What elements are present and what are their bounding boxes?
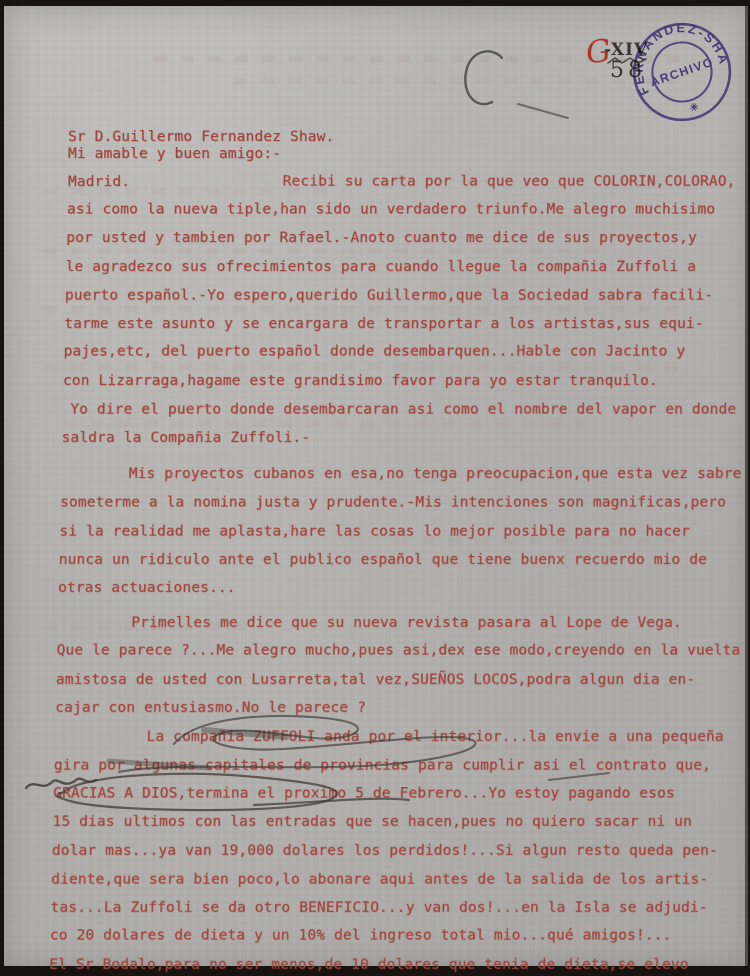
- letter-line: pajes,etc, del puerto español donde dese…: [63, 338, 750, 367]
- letter-body: Recibi su carta por la que veo que COLOR…: [49, 167, 750, 976]
- letter-line: cajar con entusiasmo.No le parece ?: [55, 694, 746, 723]
- letter-line: por usted y tambien por Rafael.-Anoto cu…: [66, 224, 750, 253]
- svg-text:FERNANDEZ-SHAW: FERNANDEZ-SHAW: [611, 1, 734, 103]
- letter-line: diente,que sera bien poco,lo abonare aqu…: [51, 866, 742, 895]
- pencil-c-mark: C: [456, 46, 586, 126]
- letter-line: GRACIAS A DIOS,termina el proximo 5 de F…: [53, 779, 744, 808]
- salutation: Mi amable y buen amigo:-: [68, 146, 281, 162]
- scanned-letter: G -XIV 58 FERNANDEZ-SHAW ARCHIVO ✳ C: [0, 0, 750, 976]
- letter-line: otras actuaciones...: [58, 574, 749, 603]
- letter-line: tarme este asunto y se encargara de tran…: [64, 310, 750, 339]
- scan-edge-shadow: [745, 6, 748, 966]
- letter-paper: G -XIV 58 FERNANDEZ-SHAW ARCHIVO ✳ C: [4, 6, 748, 966]
- letter-line: nunca un ridiculo ante el publico españo…: [58, 546, 749, 575]
- letter-line: El Sr Bodalo,para no ser menos,de 10 dol…: [49, 951, 740, 976]
- letter-line: 15 dias ultimos con las entradas que se …: [52, 808, 743, 837]
- letter-line: Mis proyectos cubanos en esa,no tenga pr…: [128, 460, 750, 489]
- letter-line: si la realidad me aplasta,hare las cosas…: [59, 518, 750, 547]
- letter-line: puerto español.-Yo espero,querido Guille…: [65, 282, 750, 311]
- letter-line: amistosa de usted con Lusarreta,tal vez,…: [56, 666, 747, 695]
- letter-line: dolar mas...ya van 19,000 dolares los pe…: [52, 837, 743, 866]
- recipient-name: Sr D.Guillermo Fernandez Shaw.: [68, 130, 334, 145]
- letter-line: someterme a la nomina justa y prudente.-…: [60, 488, 750, 517]
- letter-line: Primelles me dice que su nueva revista p…: [131, 609, 748, 638]
- letter-line: co 20 dolares de dieta y un 10% del ingr…: [50, 922, 741, 951]
- letter-line: con Lizarraga,hagame este grandisimo fav…: [63, 367, 750, 396]
- letter-line: La compañia ZUFFOLI anda por el interior…: [146, 723, 745, 752]
- letter-line: le agradezco sus ofrecimientos para cuan…: [65, 253, 750, 282]
- stamp-center-text: ARCHIVO: [648, 55, 715, 90]
- stamp-symbol-icon: ✳: [689, 101, 701, 114]
- letter-line: saldra la Compañia Zuffoli.-: [61, 424, 750, 453]
- letter-line: gira por algunas capitales de provincias…: [54, 752, 745, 781]
- letter-line: Yo dire el puerto donde desembarcaran as…: [70, 396, 750, 425]
- letter-line: tas...La Zuffoli se da otro BENEFICIO...…: [50, 894, 741, 923]
- letter-line: asi como la nueva tiple,han sido un verd…: [67, 195, 750, 224]
- letter-line: Recibi su carta por la que veo que COLOR…: [282, 168, 750, 197]
- archive-stamp: FERNANDEZ-SHAW ARCHIVO ✳: [611, 1, 750, 143]
- letter-line: Que le parece ?...Me alegro mucho,pues a…: [56, 637, 747, 666]
- stamp-ring-text: FERNANDEZ-SHAW: [611, 1, 734, 103]
